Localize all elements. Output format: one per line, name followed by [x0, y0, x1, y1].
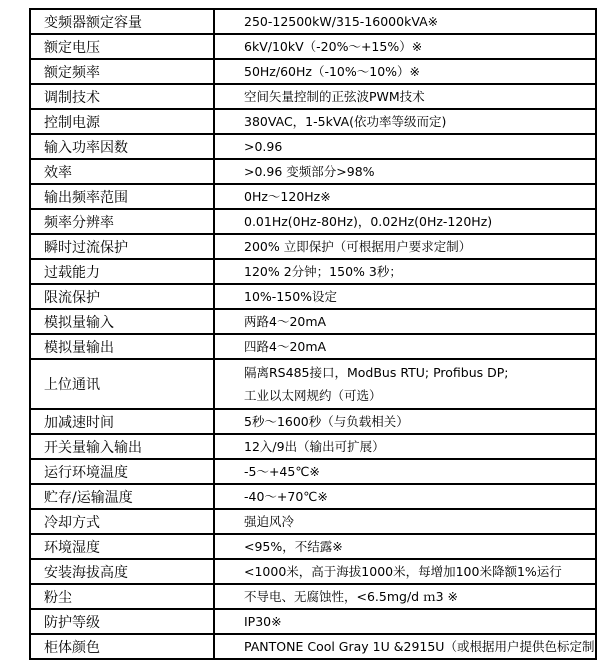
table-row: 调制技术空间矢量控制的正弦波PWM技术 [30, 84, 596, 109]
table-row: 贮存/运输温度-40～+70℃※ [30, 484, 596, 509]
spec-value-cell: 强迫风冷 [214, 509, 596, 534]
spec-value-text: 200% 立即保护（可根据用户要求定制） [244, 235, 593, 258]
table-row: 效率>0.96 变频部分>98% [30, 159, 596, 184]
spec-value-cell: 12入/9出（输出可扩展） [214, 434, 596, 459]
spec-value-text: 5秒～1600秒（与负载相关） [244, 410, 593, 433]
spec-value-cell: >0.96 [214, 134, 596, 159]
table-row: 环境湿度<95%，不结露※ [30, 534, 596, 559]
spec-value-text: 0.01Hz(0Hz-80Hz)，0.02Hz(0Hz-120Hz) [244, 210, 593, 233]
table-row: 运行环境温度-5～+45℃※ [30, 459, 596, 484]
table-row: 上位通讯隔离RS485接口，ModBus RTU; Profibus DP;工业… [30, 359, 596, 409]
spec-label-cell: 环境湿度 [30, 534, 214, 559]
spec-label-cell: 输入功率因数 [30, 134, 214, 159]
table-row: 过载能力120% 2分钟；150% 3秒； [30, 259, 596, 284]
spec-value-text: 两路4～20mA [244, 310, 593, 333]
spec-value-cell: IP30※ [214, 609, 596, 634]
spec-value-cell: <1000米，高于海拔1000米，每增加100米降额1%运行 [214, 559, 596, 584]
table-row: 模拟量输入两路4～20mA [30, 309, 596, 334]
spec-value-cell: 50Hz/60Hz（-10%～10%）※ [214, 59, 596, 84]
spec-value-text: 0Hz～120Hz※ [244, 185, 593, 208]
spec-value-text-line2: 工业以太网规约（可选） [244, 384, 593, 407]
spec-value-cell: -40～+70℃※ [214, 484, 596, 509]
table-row: 额定频率50Hz/60Hz（-10%～10%）※ [30, 59, 596, 84]
spec-label-cell: 柜体颜色 [30, 634, 214, 659]
table-row: 加减速时间5秒～1600秒（与负载相关） [30, 409, 596, 434]
spec-value-cell: -5～+45℃※ [214, 459, 596, 484]
spec-value-text: -5～+45℃※ [244, 460, 593, 483]
spec-value-cell: PANTONE Cool Gray 1U &2915U（或根据用户提供色标定制） [214, 634, 596, 659]
spec-label-cell: 瞬时过流保护 [30, 234, 214, 259]
spec-value-cell: 6kV/10kV（-20%～+15%）※ [214, 34, 596, 59]
spec-value-cell: 两路4～20mA [214, 309, 596, 334]
spec-value-text: 250-12500kW/315-16000kVA※ [244, 10, 593, 33]
spec-value-cell: 380VAC，1-5kVA(依功率等级而定) [214, 109, 596, 134]
spec-label-cell: 效率 [30, 159, 214, 184]
spec-label-cell: 调制技术 [30, 84, 214, 109]
spec-value-cell: 四路4～20mA [214, 334, 596, 359]
spec-label-cell: 限流保护 [30, 284, 214, 309]
spec-value-text: 380VAC，1-5kVA(依功率等级而定) [244, 110, 593, 133]
spec-value-cell: <95%，不结露※ [214, 534, 596, 559]
spec-label-cell: 变频器额定容量 [30, 9, 214, 34]
spec-label-cell: 加减速时间 [30, 409, 214, 434]
table-row: 安装海拔高度<1000米，高于海拔1000米，每增加100米降额1%运行 [30, 559, 596, 584]
table-row: 输入功率因数>0.96 [30, 134, 596, 159]
spec-value-text: >0.96 [244, 135, 593, 158]
spec-value-text: 隔离RS485接口，ModBus RTU; Profibus DP; [244, 361, 593, 384]
spec-label-cell: 模拟量输出 [30, 334, 214, 359]
spec-value-cell: 200% 立即保护（可根据用户要求定制） [214, 234, 596, 259]
spec-value-text: <1000米，高于海拔1000米，每增加100米降额1%运行 [244, 560, 593, 583]
table-row: 额定电压6kV/10kV（-20%～+15%）※ [30, 34, 596, 59]
spec-label-cell: 防护等级 [30, 609, 214, 634]
spec-label-cell: 额定频率 [30, 59, 214, 84]
table-row: 粉尘不导电、无腐蚀性，<6.5mg/d ｍ3 ※ [30, 584, 596, 609]
spec-label-cell: 额定电压 [30, 34, 214, 59]
spec-value-cell: 10%-150%设定 [214, 284, 596, 309]
spec-label-cell: 开关量输入输出 [30, 434, 214, 459]
spec-label-cell: 输出频率范围 [30, 184, 214, 209]
spec-value-cell: >0.96 变频部分>98% [214, 159, 596, 184]
table-row: 开关量输入输出12入/9出（输出可扩展） [30, 434, 596, 459]
spec-label-cell: 频率分辨率 [30, 209, 214, 234]
spec-value-text: 强迫风冷 [244, 510, 593, 533]
spec-label-cell: 模拟量输入 [30, 309, 214, 334]
spec-label-cell: 运行环境温度 [30, 459, 214, 484]
table-row: 频率分辨率0.01Hz(0Hz-80Hz)，0.02Hz(0Hz-120Hz) [30, 209, 596, 234]
spec-label-cell: 安装海拔高度 [30, 559, 214, 584]
table-row: 输出频率范围0Hz～120Hz※ [30, 184, 596, 209]
table-row: 柜体颜色PANTONE Cool Gray 1U &2915U（或根据用户提供色… [30, 634, 596, 659]
spec-value-cell: 不导电、无腐蚀性，<6.5mg/d ｍ3 ※ [214, 584, 596, 609]
spec-table: 变频器额定容量250-12500kW/315-16000kVA※额定电压6kV/… [29, 8, 597, 660]
spec-value-cell: 120% 2分钟；150% 3秒； [214, 259, 596, 284]
spec-value-text: IP30※ [244, 610, 593, 633]
spec-value-text: 不导电、无腐蚀性，<6.5mg/d ｍ3 ※ [244, 585, 593, 608]
table-row: 模拟量输出四路4～20mA [30, 334, 596, 359]
spec-value-cell: 0.01Hz(0Hz-80Hz)，0.02Hz(0Hz-120Hz) [214, 209, 596, 234]
spec-value-cell: 0Hz～120Hz※ [214, 184, 596, 209]
table-row: 变频器额定容量250-12500kW/315-16000kVA※ [30, 9, 596, 34]
spec-value-text: 120% 2分钟；150% 3秒； [244, 260, 593, 283]
spec-label-cell: 贮存/运输温度 [30, 484, 214, 509]
spec-value-text: 10%-150%设定 [244, 285, 593, 308]
spec-value-text: 四路4～20mA [244, 335, 593, 358]
table-row: 控制电源380VAC，1-5kVA(依功率等级而定) [30, 109, 596, 134]
spec-value-text: 50Hz/60Hz（-10%～10%）※ [244, 60, 593, 83]
spec-value-text: -40～+70℃※ [244, 485, 593, 508]
spec-value-text: PANTONE Cool Gray 1U &2915U（或根据用户提供色标定制） [244, 635, 593, 658]
spec-label-cell: 粉尘 [30, 584, 214, 609]
spec-value-cell: 5秒～1600秒（与负载相关） [214, 409, 596, 434]
spec-value-cell: 250-12500kW/315-16000kVA※ [214, 9, 596, 34]
spec-value-cell: 隔离RS485接口，ModBus RTU; Profibus DP;工业以太网规… [214, 359, 596, 409]
spec-value-text: <95%，不结露※ [244, 535, 593, 558]
spec-label-cell: 过载能力 [30, 259, 214, 284]
spec-label-cell: 控制电源 [30, 109, 214, 134]
spec-value-text: 12入/9出（输出可扩展） [244, 435, 593, 458]
spec-label-cell: 上位通讯 [30, 359, 214, 409]
table-row: 瞬时过流保护200% 立即保护（可根据用户要求定制） [30, 234, 596, 259]
table-row: 限流保护10%-150%设定 [30, 284, 596, 309]
spec-value-text: 6kV/10kV（-20%～+15%）※ [244, 35, 593, 58]
spec-value-text: >0.96 变频部分>98% [244, 160, 593, 183]
table-row: 冷却方式强迫风冷 [30, 509, 596, 534]
spec-value-text: 空间矢量控制的正弦波PWM技术 [244, 85, 593, 108]
spec-label-cell: 冷却方式 [30, 509, 214, 534]
spec-table-body: 变频器额定容量250-12500kW/315-16000kVA※额定电压6kV/… [30, 9, 596, 659]
spec-value-cell: 空间矢量控制的正弦波PWM技术 [214, 84, 596, 109]
table-row: 防护等级IP30※ [30, 609, 596, 634]
